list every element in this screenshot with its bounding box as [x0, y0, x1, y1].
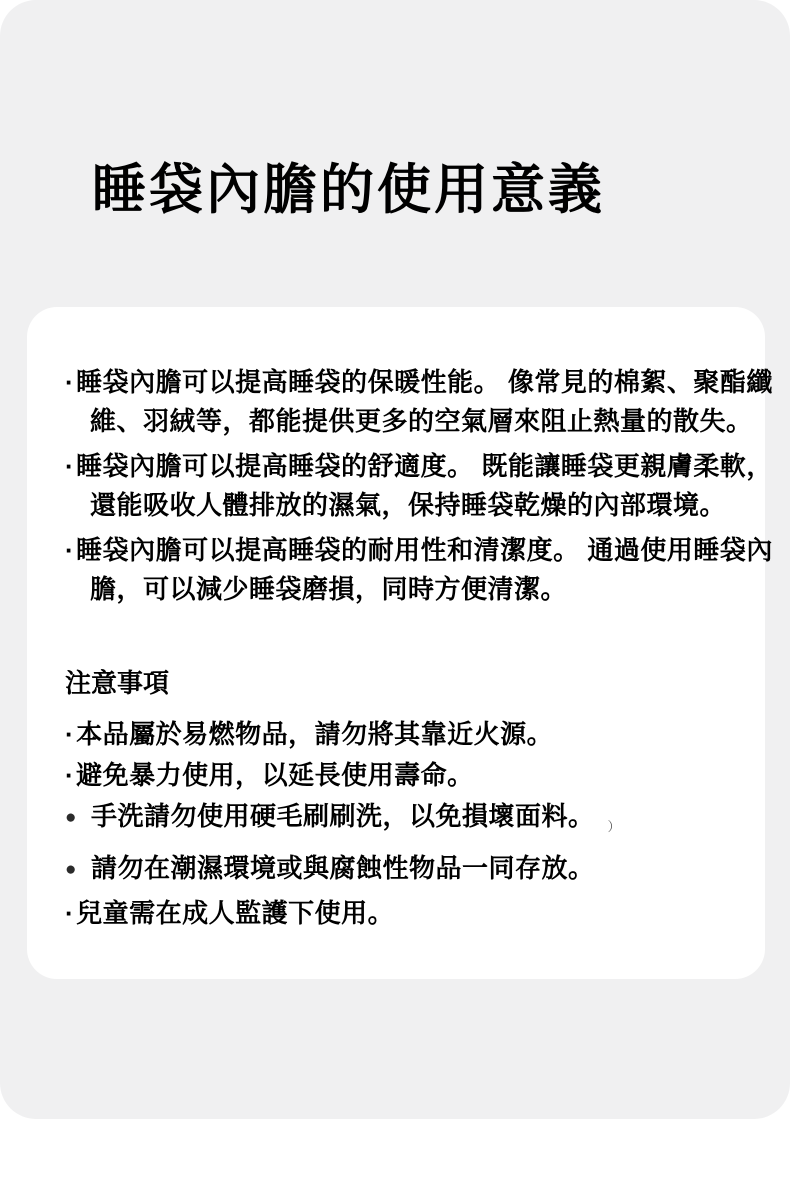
note-text: 兒童需在成人監護下使用。 — [76, 898, 394, 928]
note-text: 避免暴力使用，以延長使用壽命。 — [76, 760, 474, 790]
note-text: 請勿在潮濕環境或與腐蝕性物品一同存放。 — [91, 853, 595, 883]
circle-bullet: ● — [65, 855, 77, 885]
benefit-line: 膽，可以減少睡袋磨損，同時方便清潔。 — [65, 570, 735, 609]
benefit-line: ·睡袋內膽可以提高睡袋的舒適度。 既能讓睡袋更親膚柔軟， — [65, 447, 735, 486]
note-item: ●請勿在潮濕環境或與腐蝕性物品一同存放。 — [65, 853, 735, 887]
note-item: ·避免暴力使用，以延長使用壽命。 — [65, 760, 735, 790]
note-item: ·本品屬於易燃物品，請勿將其靠近火源。 — [65, 719, 735, 749]
dot-bullet: · — [65, 719, 74, 749]
note-text: 手洗請勿使用硬毛刷刷洗，以免損壞面料。 — [91, 801, 582, 831]
notes-heading: 注意事項 — [65, 667, 735, 699]
circle-bullet: ● — [65, 803, 77, 833]
benefit-line: ·睡袋內膽可以提高睡袋的保暖性能。 像常見的棉絮、聚酯纖 — [65, 363, 735, 402]
benefit-text: 睡袋內膽可以提高睡袋的舒適度。 既能讓睡袋更親膚柔軟， — [76, 451, 773, 481]
benefit-item: ·睡袋內膽可以提高睡袋的舒適度。 既能讓睡袋更親膚柔軟， 還能吸收人體排放的濕氣… — [65, 447, 735, 525]
benefit-line: 還能吸收人體排放的濕氣，保持睡袋乾燥的內部環境。 — [65, 486, 735, 525]
dot-bullet: · — [65, 535, 74, 565]
benefit-item: ·睡袋內膽可以提高睡袋的耐用性和清潔度。 通過使用睡袋內 膽，可以減少睡袋磨損，… — [65, 531, 735, 609]
benefit-text: 睡袋內膽可以提高睡袋的保暖性能。 像常見的棉絮、聚酯纖 — [76, 367, 773, 397]
dot-bullet: · — [65, 367, 74, 397]
benefit-text: 睡袋內膽可以提高睡袋的耐用性和清潔度。 通過使用睡袋內 — [76, 535, 773, 565]
dot-bullet: · — [65, 760, 74, 790]
page-background: 睡袋內膽的使用意義 ·睡袋內膽可以提高睡袋的保暖性能。 像常見的棉絮、聚酯纖 維… — [0, 0, 790, 1180]
stray-paren: ） — [608, 819, 622, 834]
benefit-item: ·睡袋內膽可以提高睡袋的保暖性能。 像常見的棉絮、聚酯纖 維、羽絨等，都能提供更… — [65, 363, 735, 441]
note-item: ●手洗請勿使用硬毛刷刷洗，以免損壞面料。） — [65, 801, 735, 842]
dot-bullet: · — [65, 898, 74, 928]
page-title: 睡袋內膽的使用意義 — [92, 150, 605, 230]
benefit-line: ·睡袋內膽可以提高睡袋的耐用性和清潔度。 通過使用睡袋內 — [65, 531, 735, 570]
note-item: ·兒童需在成人監護下使用。 — [65, 898, 735, 928]
dot-bullet: · — [65, 451, 74, 481]
info-card: ·睡袋內膽可以提高睡袋的保暖性能。 像常見的棉絮、聚酯纖 維、羽絨等，都能提供更… — [27, 307, 765, 979]
benefit-line: 維、羽絨等，都能提供更多的空氣層來阻止熱量的散失。 — [65, 402, 735, 441]
content-sheet: 睡袋內膽的使用意義 ·睡袋內膽可以提高睡袋的保暖性能。 像常見的棉絮、聚酯纖 維… — [0, 0, 790, 1119]
note-text: 本品屬於易燃物品，請勿將其靠近火源。 — [76, 719, 553, 749]
